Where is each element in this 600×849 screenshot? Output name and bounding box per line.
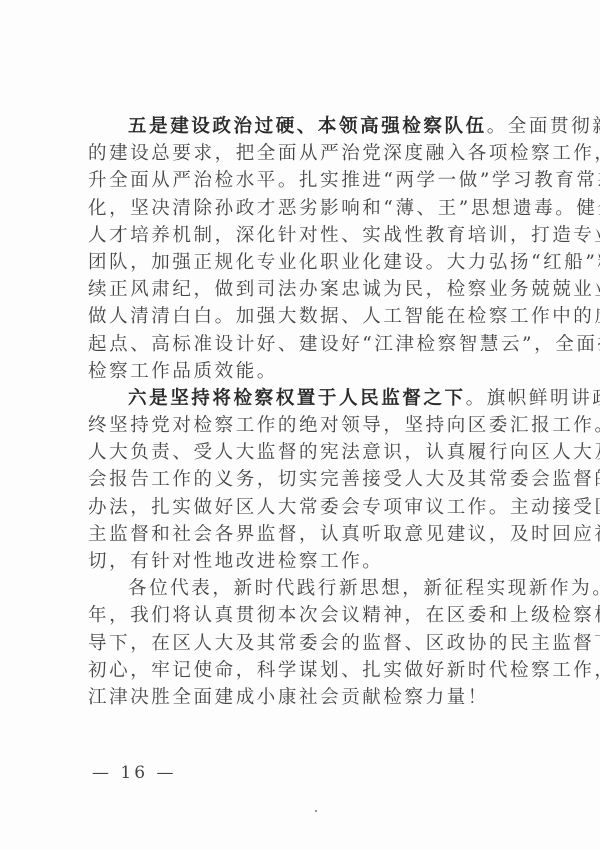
paragraph-6-line-4: 会报告工作的义务，切实完善接受人大及其常委会监督的措施和: [88, 466, 516, 493]
scan-artifact-dot: [315, 810, 317, 812]
paragraph-5-line-8: 做人清清白白。加强大数据、人工智能在检察工作中的应用，高: [88, 303, 516, 330]
closing-paragraph-line-3: 导下，在区人大及其常委会的监督、区政协的民主监督下，不忘: [88, 630, 516, 657]
paragraph-6-line-1: 六是坚持将检察权置于人民监督之下。旗帜鲜明讲政治，始: [88, 385, 516, 412]
page-number: — 16 —: [92, 763, 176, 783]
document-page: 五是建设政治过硬、本领高强检察队伍。全面贯彻新时代党 的建设总要求，把全面从严治…: [0, 0, 600, 849]
section-heading-6: 六是坚持将检察权置于人民监督之下: [128, 388, 466, 409]
paragraph-6-line-3: 人大负责、受人大监督的宪法意识，认真履行向区人大及其常委: [88, 439, 516, 466]
paragraph-5-line-3: 升全面从严治检水平。扎实推进“两学一做”学习教育常态化制度: [88, 167, 516, 194]
paragraph-5-line-9: 起点、高标准设计好、建设好“江津检察智慧云”，全面提升江津: [88, 331, 516, 358]
paragraph-5-line-7: 续正风肃纪，做到司法办案忠诚为民，检察业务兢兢业业，为官: [88, 276, 516, 303]
paragraph-6-line-7: 切，有针对性地改进检察工作。: [88, 548, 516, 575]
paragraph-6-line-6: 主监督和社会各界监督，认真听取意见建议，及时回应社会关: [88, 521, 516, 548]
paragraph-5-line-5: 人才培养机制，深化针对性、实战性教育培训，打造专业化办案: [88, 222, 516, 249]
paragraph-5-line-1: 五是建设政治过硬、本领高强检察队伍。全面贯彻新时代党: [88, 113, 516, 140]
closing-paragraph-line-4: 初心，牢记使命，科学谋划、扎实做好新时代检察工作，努力为: [88, 657, 516, 684]
section-heading-5: 五是建设政治过硬、本领高强检察队伍: [128, 116, 487, 137]
body-text: 五是建设政治过硬、本领高强检察队伍。全面贯彻新时代党 的建设总要求，把全面从严治…: [88, 113, 516, 711]
paragraph-5-line-10: 检察工作品质效能。: [88, 358, 516, 385]
paragraph-6-line-5: 办法，扎实做好区人大常委会专项审议工作。主动接受区政协民: [88, 494, 516, 521]
paragraph-6-line-2: 终坚持党对检察工作的绝对领导，坚持向区委汇报工作。坚定对: [88, 412, 516, 439]
paragraph-5-line-6: 团队，加强正规化专业化职业化建设。大力弘扬“红船”精神，持: [88, 249, 516, 276]
closing-paragraph-line-2: 年，我们将认真贯彻本次会议精神，在区委和上级检察机关的领: [88, 602, 516, 629]
closing-paragraph-line-1: 各位代表，新时代践行新思想，新征程实现新作为。新的一: [88, 575, 516, 602]
closing-paragraph-line-5: 江津决胜全面建成小康社会贡献检察力量！: [88, 684, 516, 711]
paragraph-5-line-4: 化，坚决清除孙政才恶劣影响和“薄、王”思想遗毒。健全多元化: [88, 195, 516, 222]
paragraph-5-line-2: 的建设总要求，把全面从严治党深度融入各项检察工作，不断提: [88, 140, 516, 167]
